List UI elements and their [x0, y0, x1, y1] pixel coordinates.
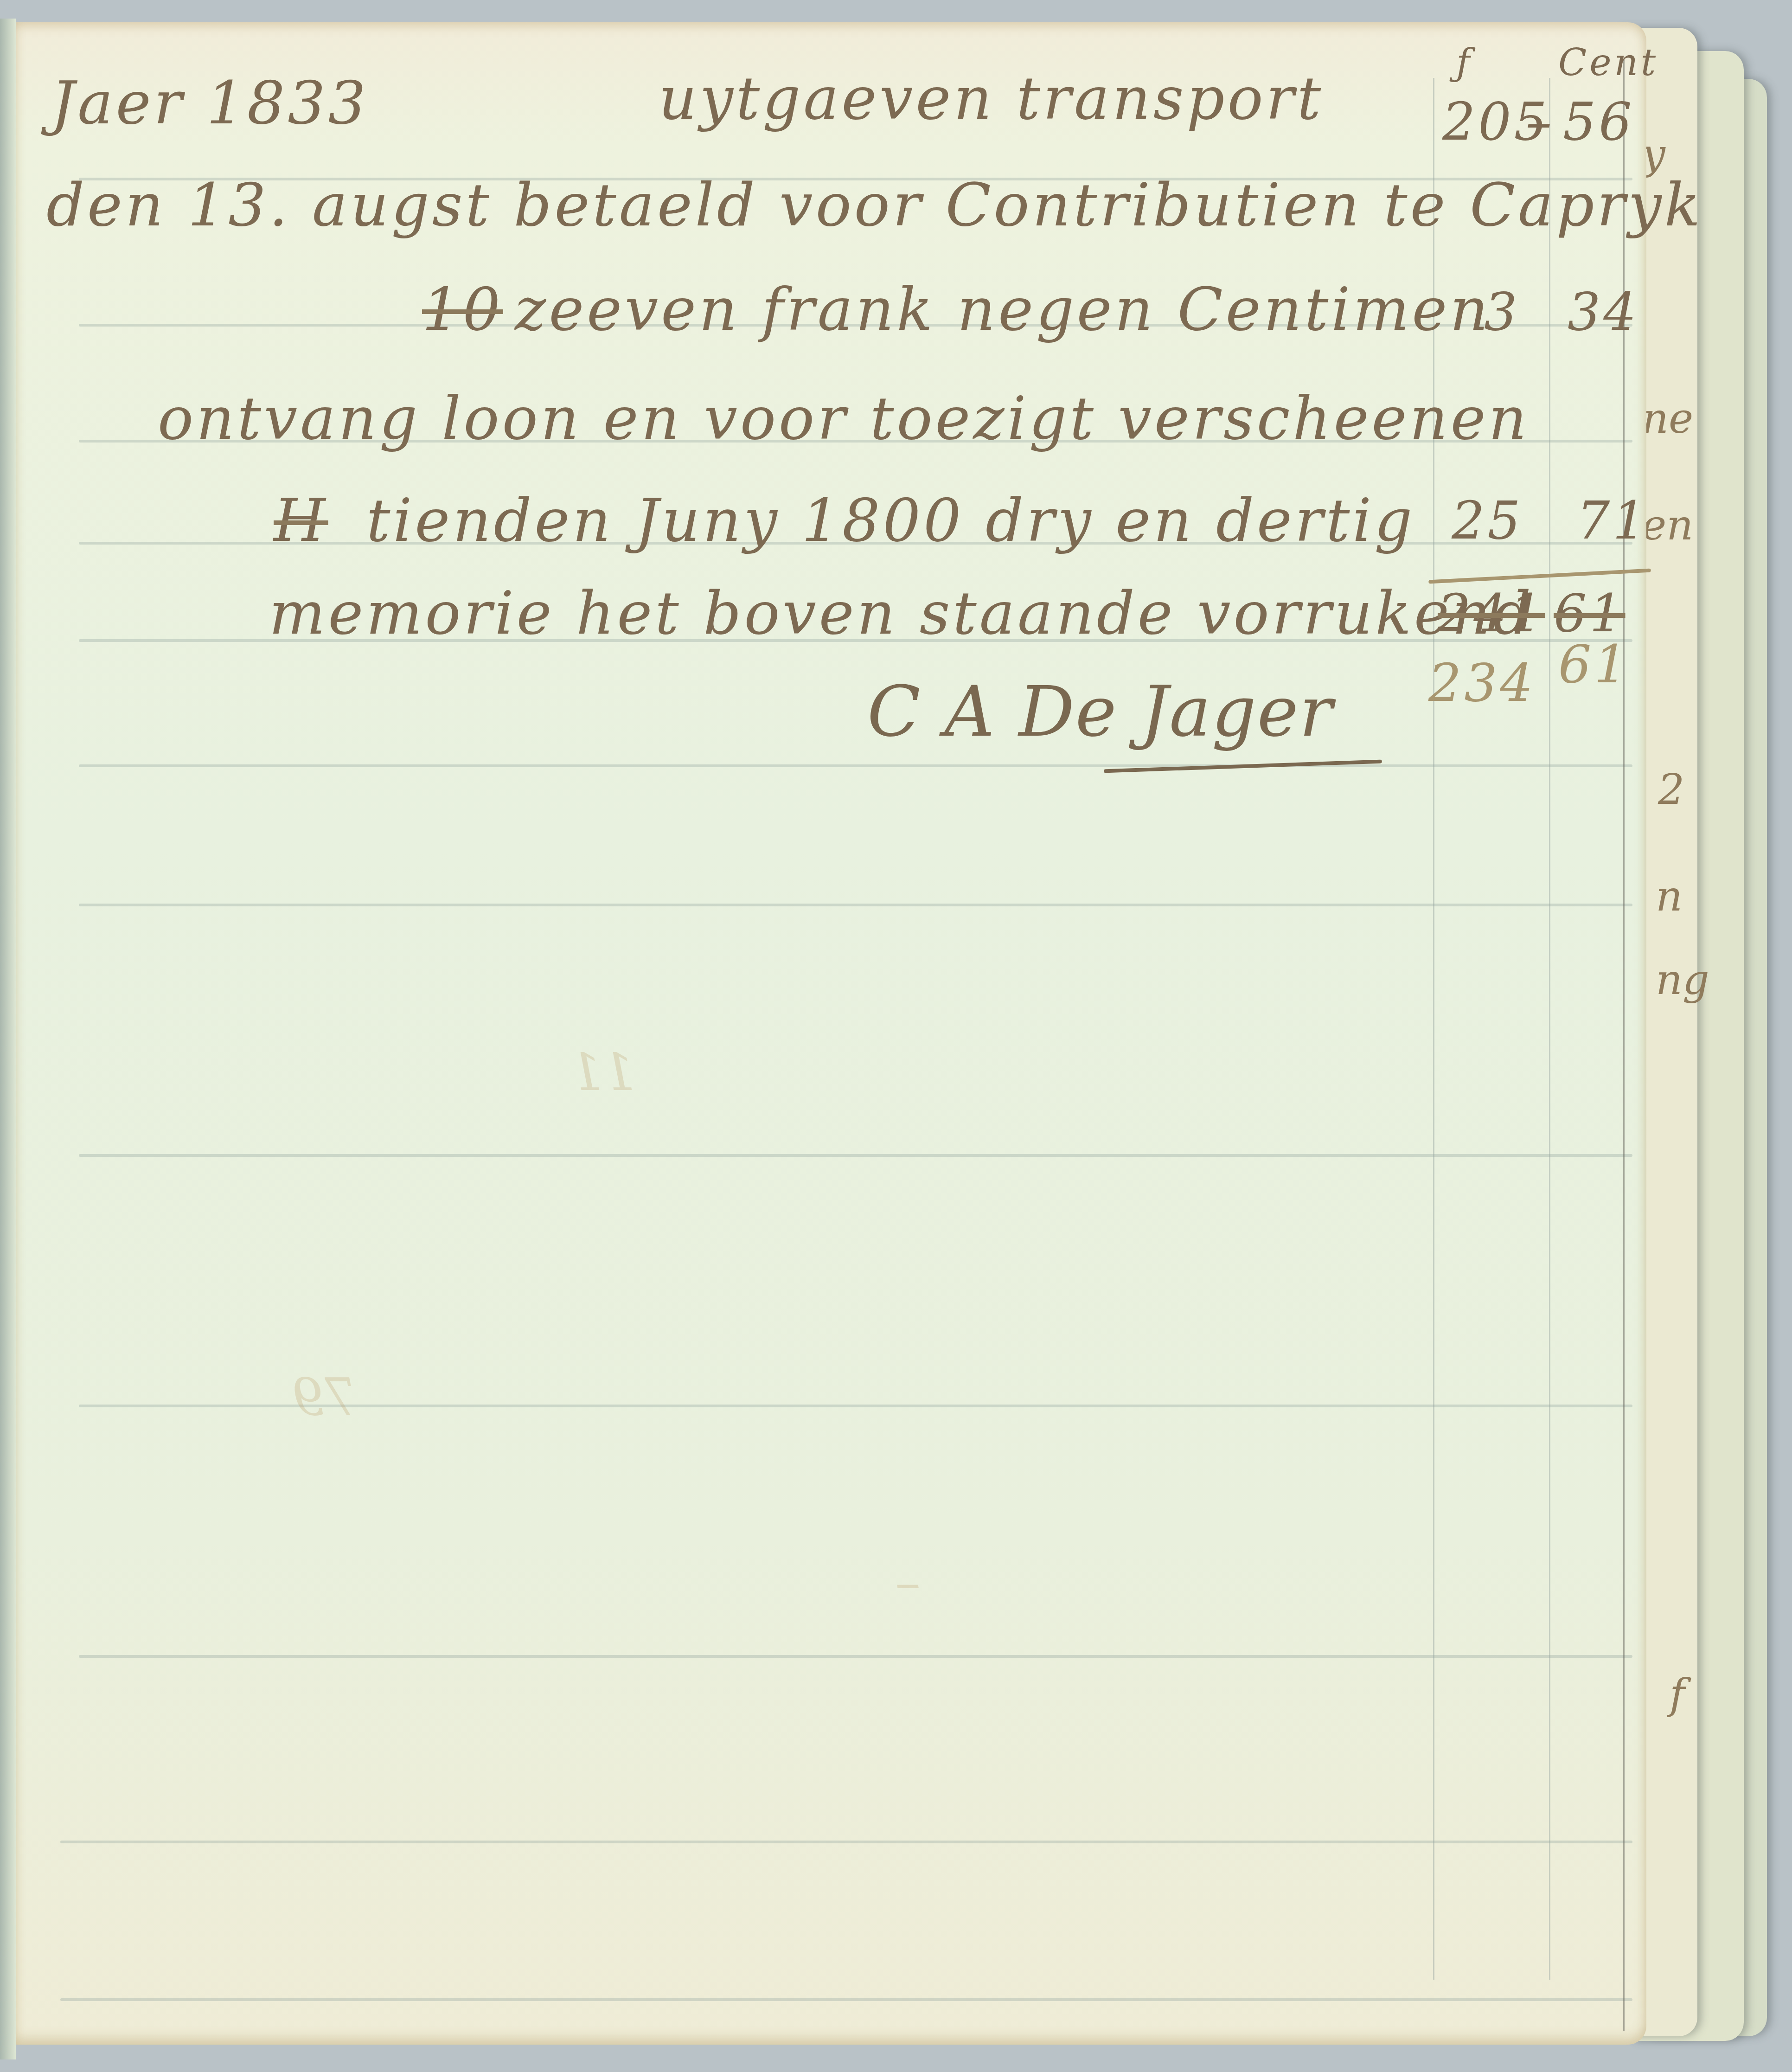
ruled-line [79, 1655, 1632, 1658]
ruled-line [79, 764, 1632, 767]
bleed-through-mark: – [895, 1553, 921, 1612]
bleed-through-text: 79 [292, 1367, 357, 1427]
amount-cents: 34 [1568, 282, 1639, 342]
section-heading: uytgaeven transport [659, 64, 1324, 133]
struck-prefix: H [274, 486, 328, 555]
struck-guilders: 241 [1438, 584, 1545, 644]
total-guilders: 234 [1428, 653, 1536, 713]
edge-fragment: ne [1642, 394, 1693, 443]
edge-fragment: ng [1656, 956, 1709, 1004]
binding-gutter [0, 19, 16, 2059]
ruled-line [79, 1154, 1632, 1157]
entry-text: zeeven frank negen Centimen [515, 275, 1491, 344]
amount-dash: – [1526, 92, 1555, 152]
entry-text: tienden Juny 1800 dry en dertig [366, 486, 1415, 555]
cent-column-header: Cent [1558, 41, 1658, 84]
amount-guilders: 3 [1484, 282, 1520, 342]
total-cents: 61 [1558, 635, 1630, 695]
ruled-line [60, 1998, 1632, 2001]
struck-prefix: 10 [422, 275, 503, 344]
ruled-line [79, 904, 1632, 906]
ledger-page: 79 11 – Jaer 1833 uytgaeven transport ƒ … [14, 22, 1646, 2045]
ruled-line [60, 1841, 1632, 1843]
signature: C A De Jager [867, 672, 1333, 752]
entry-text: den 13. augst betaeld voor Contributien … [46, 171, 1703, 240]
edge-fragment: en [1642, 501, 1693, 550]
year-heading: Jaer 1833 [51, 69, 369, 138]
amount-cents: 71 [1577, 491, 1649, 551]
guilder-column-header: ƒ [1456, 41, 1473, 84]
edge-fragment: n [1656, 872, 1683, 921]
bleed-through-text: 11 [570, 1043, 635, 1102]
edge-fragment: 2 [1658, 765, 1684, 814]
amount-cents: 56 [1563, 92, 1635, 152]
cent-column-rule [1549, 78, 1550, 1980]
guilder-column-rule [1433, 78, 1434, 1980]
entry-text: ontvang loon en voor toezigt verscheenen [158, 384, 1530, 453]
page-margin-rule [1623, 59, 1625, 2031]
total-rule [1428, 568, 1651, 584]
amount-guilders: 25 [1452, 491, 1523, 551]
edge-fragment: f [1670, 1670, 1685, 1719]
entry-text: memorie het boven staande vorrukend [269, 579, 1534, 648]
